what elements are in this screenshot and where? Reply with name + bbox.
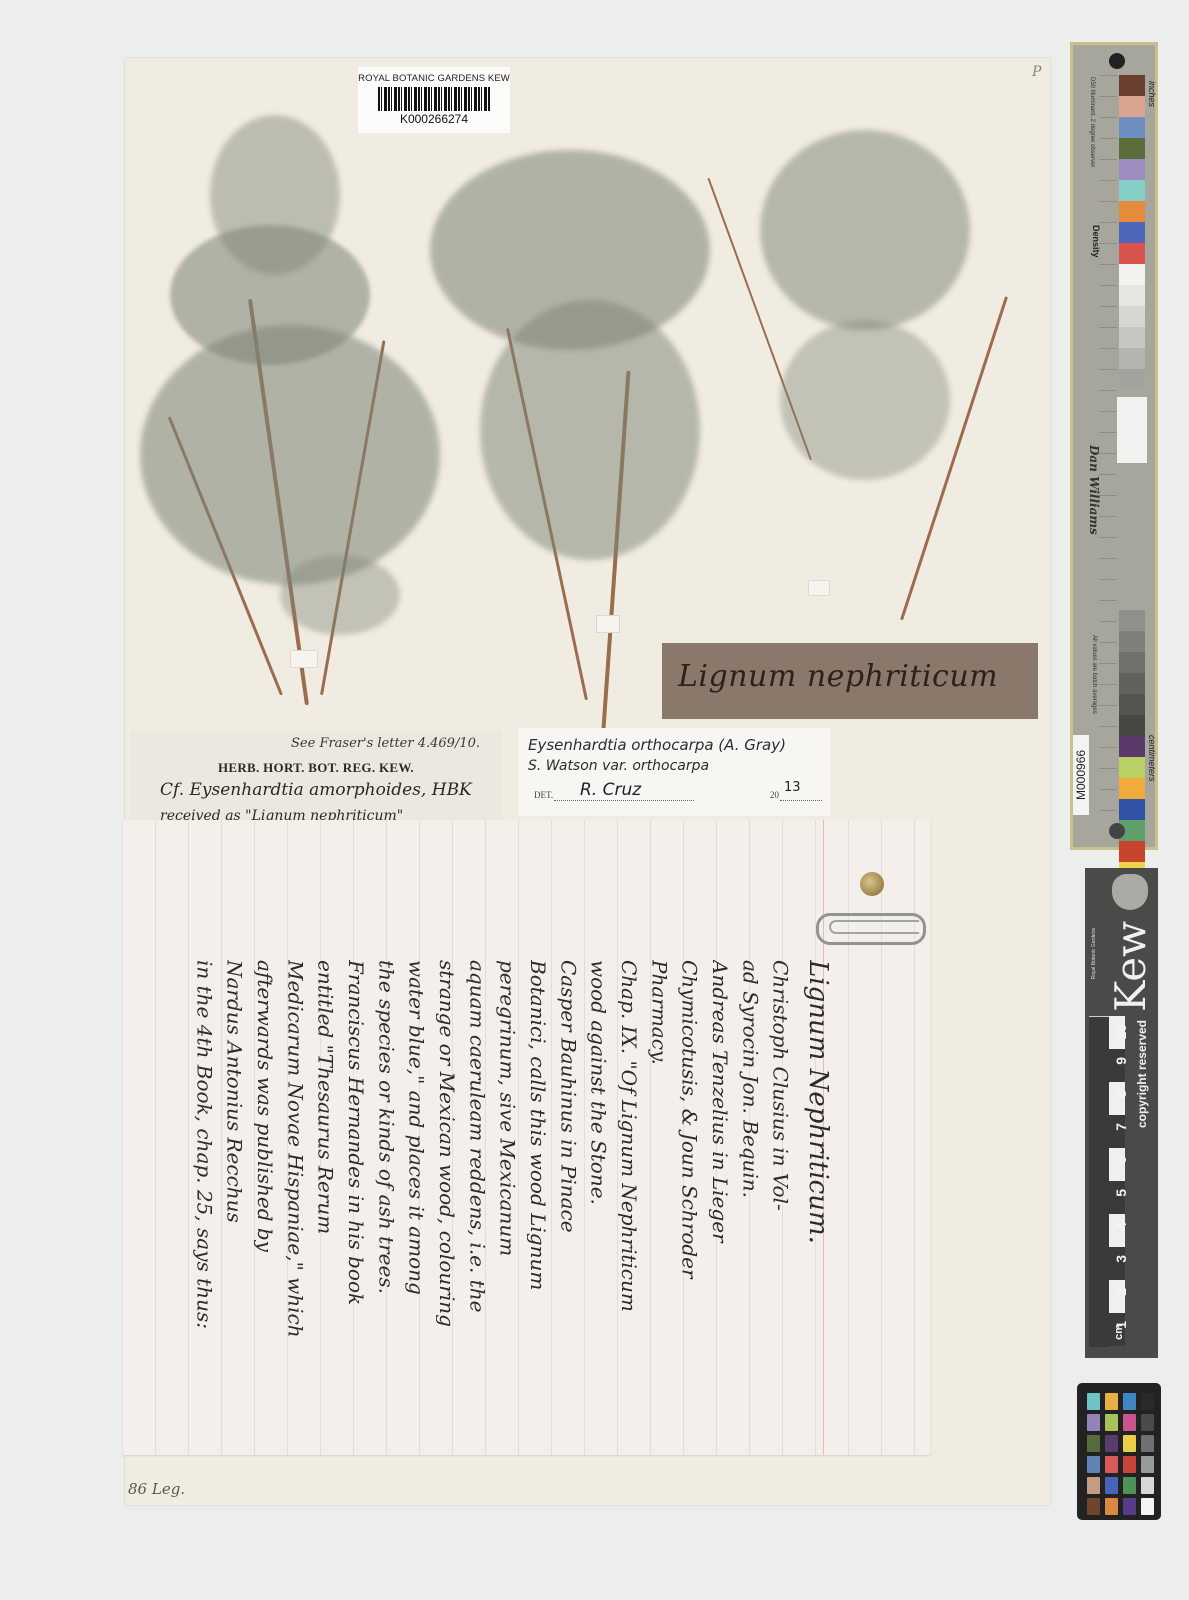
color-swatch [1119, 673, 1145, 694]
handwritten-letter: Lignum Nephriticum. Christoph Clusius in… [123, 820, 930, 1455]
determination-year-prefix: 20 [770, 790, 779, 800]
color-swatch [1119, 736, 1145, 757]
color-swatch [1119, 75, 1145, 96]
letter-line: wood against the Stone. [587, 960, 613, 1420]
color-swatch [1119, 757, 1145, 778]
colorbar-inches-label: inches [1147, 81, 1157, 107]
color-swatch [1119, 201, 1145, 222]
color-swatch [1119, 778, 1145, 799]
color-swatch [1119, 715, 1145, 736]
checker-swatch [1105, 1435, 1118, 1452]
sheet-corner-mark: P [1032, 64, 1041, 80]
letter-line: Christoph Clusius in Vol- [769, 960, 795, 1420]
checker-swatch [1141, 1414, 1154, 1431]
letter-line: the species or kinds of ash trees. [375, 960, 401, 1420]
color-swatch [1119, 799, 1145, 820]
ruler-number: 2 [1113, 1288, 1129, 1296]
plant-specimen-right [740, 110, 990, 630]
bar-hole-top [1109, 53, 1125, 69]
checker-swatch [1141, 1393, 1154, 1410]
color-checker-card [1077, 1383, 1161, 1520]
color-swatch [1119, 264, 1145, 285]
bar-hole-bottom [1109, 823, 1125, 839]
checker-swatch [1123, 1414, 1136, 1431]
colorbar-batch-note: All values are batch averages [1091, 635, 1097, 714]
letter-line: water blue," and places it among [405, 960, 431, 1420]
color-swatch [1119, 96, 1145, 117]
year-dotted-line [780, 800, 822, 801]
color-swatch [1119, 631, 1145, 652]
letter-line: Botanici, calls this wood Lignum [527, 960, 553, 1420]
checker-swatch [1087, 1414, 1100, 1431]
letter-line: Medicarum Novae Hispaniae," which [284, 960, 310, 1420]
checker-swatch [1141, 1477, 1154, 1494]
color-swatch [1119, 841, 1145, 862]
checker-swatch [1087, 1435, 1100, 1452]
letter-line: Chap. IX. "Of Lignum Nephriticum [618, 960, 644, 1420]
letter-line: ad Syrocin Jon. Bequin. [739, 960, 765, 1420]
kew-logo: Kew [1111, 914, 1151, 1012]
checker-swatch [1087, 1393, 1100, 1410]
checker-swatch [1123, 1393, 1136, 1410]
letter-line: Nardus Antonius Recchus [223, 960, 249, 1420]
lignum-label-text: Lignum nephriticum [678, 659, 998, 694]
paper-clip-icon [816, 913, 926, 945]
checker-swatch [1105, 1414, 1118, 1431]
original-label-lignum-nephriticum: Lignum nephriticum [662, 643, 1038, 719]
ruler-number: 7 [1113, 1123, 1129, 1131]
colorbar-density-label: Density [1091, 225, 1101, 258]
letter-line: afterwards was published by [254, 960, 280, 1420]
barcode-institution: ROYAL BOTANIC GARDENS KEW [358, 73, 510, 84]
checker-swatch [1087, 1477, 1100, 1494]
checker-swatch [1123, 1477, 1136, 1494]
kew-crest-icon [1112, 874, 1148, 910]
color-swatch [1119, 243, 1145, 264]
letter-line: entitled "Thesaurus Rerum [314, 960, 340, 1420]
letter-line: Pharmacy. [648, 960, 674, 1420]
checker-swatch [1087, 1456, 1100, 1473]
determination-slip: Eysenhardtia orthocarpa (A. Gray) S. Wat… [518, 728, 830, 816]
colorbar-top-swatches [1119, 75, 1145, 390]
color-swatch [1119, 694, 1145, 715]
ruler-number: 4 [1113, 1222, 1129, 1230]
checker-swatch [1123, 1498, 1136, 1515]
letter-line: in the 4th Book, chap. 25, says thus: [193, 960, 219, 1420]
kew-copyright: copyright reserved [1135, 1020, 1149, 1128]
kew-scale-bar: Kew Royal Botanic Gardens copyright rese… [1085, 868, 1158, 1358]
checker-swatch [1141, 1498, 1154, 1515]
letter-line: Casper Bauhinus in Pinace [557, 960, 583, 1420]
letter-line: Andreas Tenzelius in Lieger [709, 960, 735, 1420]
determination-year: 13 [784, 780, 801, 795]
color-swatch [1119, 138, 1145, 159]
herbarium-label-taxon: Cf. Eysenhardtia amorphoides, HBK [160, 780, 472, 800]
kew-ruler-unit: cm [1113, 1324, 1125, 1340]
checker-swatch [1141, 1456, 1154, 1473]
colorbar-centimeters-label: centimeters [1147, 735, 1157, 782]
determination-det-prefix: DET. [534, 790, 553, 800]
color-swatch [1119, 222, 1145, 243]
plant-specimen-left [130, 95, 460, 715]
checker-swatch [1105, 1477, 1118, 1494]
checker-swatch [1087, 1498, 1100, 1515]
color-calibration-bar: D50 Illuminant, 2 degree observer Densit… [1070, 42, 1158, 850]
ruler-number: 8 [1113, 1090, 1129, 1098]
kew-ruler-numbers: 12345678910 [1113, 1016, 1133, 1352]
colorbar-reference-id: M000966 [1073, 735, 1089, 815]
colorbar-gray-scale-inset [1117, 397, 1147, 463]
letter-line: Lignum Nephriticum. [800, 960, 833, 1420]
checker-swatch [1105, 1498, 1118, 1515]
ruler-number: 5 [1113, 1189, 1129, 1197]
letter-line: Franciscus Hernandes in his book [345, 960, 371, 1420]
checker-swatch [1123, 1435, 1136, 1452]
herbarium-label-institution: HERB. HORT. BOT. REG. KEW. [130, 760, 502, 776]
letter-text-block: Lignum Nephriticum. Christoph Clusius in… [193, 960, 833, 1420]
checker-swatch [1105, 1393, 1118, 1410]
herbarium-label-note: See Fraser's letter 4.469/10. [291, 736, 480, 751]
letter-line: aquam caeruleam reddens, i.e. the [466, 960, 492, 1420]
determination-taxon-line2: S. Watson var. orthocarpa [528, 758, 709, 774]
letter-line: Chymicotusis, & Joun Schroder [678, 960, 704, 1420]
ruler-number: 10 [1113, 1024, 1129, 1040]
letter-line: peregrinum, sive Mexicanum [496, 960, 522, 1420]
color-swatch [1119, 285, 1145, 306]
letter-line: strange or Mexican wood, colouring [436, 960, 462, 1420]
plant-specimen-middle [420, 120, 730, 660]
checker-swatch [1123, 1456, 1136, 1473]
determination-taxon-line1: Eysenhardtia orthocarpa (A. Gray) [528, 736, 786, 754]
determiner-dotted-line [554, 800, 694, 801]
color-swatch [1119, 306, 1145, 327]
determination-determiner: R. Cruz [580, 780, 641, 800]
color-swatch [1119, 610, 1145, 631]
sheet-bottom-note: 86 Leg. [128, 1480, 185, 1498]
ruler-number: 9 [1113, 1057, 1129, 1065]
color-swatch [1119, 117, 1145, 138]
brass-fastener-icon [860, 872, 884, 896]
ruler-number: 3 [1113, 1255, 1129, 1263]
ruler-number: 6 [1113, 1156, 1129, 1164]
color-swatch [1119, 369, 1145, 390]
colorbar-illuminant-note: D50 Illuminant, 2 degree observer [1089, 77, 1095, 167]
color-swatch [1119, 652, 1145, 673]
color-swatch [1119, 180, 1145, 201]
color-swatch [1119, 159, 1145, 180]
color-swatch [1119, 348, 1145, 369]
checker-swatch [1105, 1456, 1118, 1473]
checker-swatch [1141, 1435, 1154, 1452]
colorbar-brand: Dan Williams [1087, 445, 1101, 535]
color-swatch [1119, 327, 1145, 348]
kew-subtitle: Royal Botanic Gardens [1091, 928, 1097, 979]
